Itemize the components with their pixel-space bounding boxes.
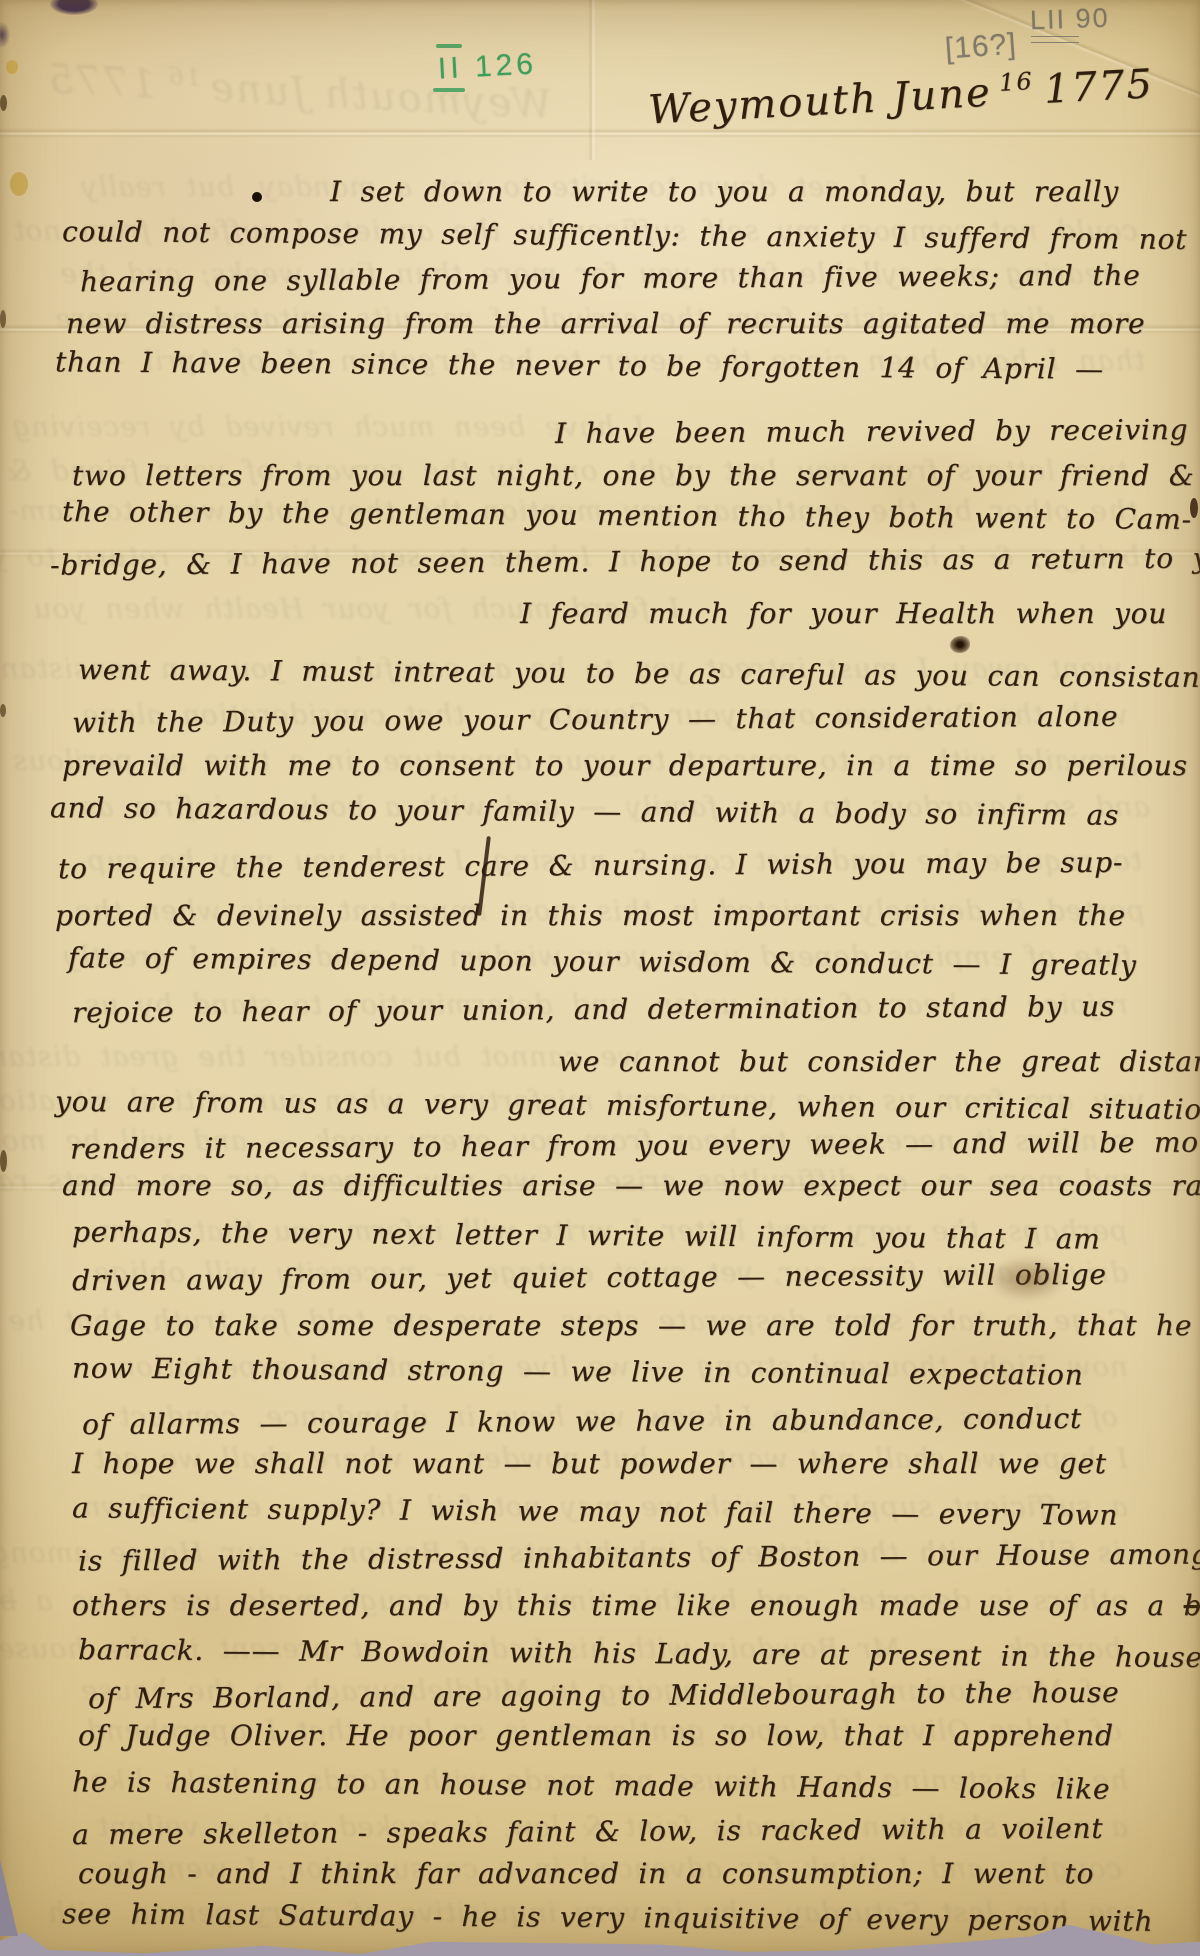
- letter-line: Gage to take some desperate steps — we a…: [70, 1312, 1200, 1340]
- letter-line: is filled with the distressd inhabitants…: [78, 1541, 1200, 1576]
- letter-line: hearing one syllable from you for more t…: [80, 262, 1141, 296]
- dateline-day-superscript: 16: [998, 67, 1034, 97]
- paper-speck: [1190, 498, 1198, 518]
- letter-line: you are from us as a very great misfortu…: [55, 1088, 1200, 1124]
- letter-line: than I have been since the never to be f…: [55, 348, 1104, 383]
- letter-page: Weymouth June161775 I set down to write …: [0, 0, 1200, 1956]
- archival-number-green: II 126: [437, 47, 538, 86]
- letter-line: a sufficient supply? I wish we may not f…: [72, 1494, 1118, 1529]
- dateline-year: 1775: [1043, 61, 1155, 113]
- struck-word: barrack: [1184, 1589, 1200, 1622]
- letter-line: new distress arising from the arrival of…: [66, 310, 1145, 338]
- ink-layer: Weymouth June161775 I set down to write …: [0, 0, 1200, 1956]
- letter-line: -bridge, & I have not seen them. I hope …: [50, 544, 1200, 579]
- letter-line: of Judge Oliver. He poor gentleman is so…: [78, 1722, 1114, 1750]
- letter-line: of allarms — courage I know we have in a…: [82, 1405, 1082, 1439]
- letter-line: I have been much revived by receiving: [555, 416, 1188, 448]
- letter-line: could not compose my self sufficently: t…: [62, 218, 1187, 254]
- letter-line: fate of empires depend upon your wisdom …: [68, 944, 1137, 979]
- ink-blot: [950, 636, 970, 653]
- dateline-place-month: Weymouth June: [647, 70, 993, 134]
- letter-line: rejoice to hear of your union, and deter…: [72, 993, 1115, 1027]
- letter-line: I set down to write to you a monday, but…: [330, 178, 1119, 206]
- letter-line: I feard much for your Health when you: [520, 600, 1167, 628]
- letter-line: now Eight thousand strong — we live in c…: [72, 1354, 1084, 1389]
- letter-line: see him last Saturday - he is very inqui…: [62, 1900, 1153, 1936]
- letter-line: driven away from our, yet quiet cottage …: [72, 1261, 1107, 1295]
- letter-line: he is hastening to an house not made wit…: [72, 1768, 1110, 1803]
- letter-line: with the Duty you owe your Country — tha…: [72, 703, 1118, 737]
- letter-line: and more so, as difficulties arise — we …: [62, 1172, 1200, 1200]
- paper-speck: [6, 60, 18, 74]
- letter-line: and so hazardous to your family — and wi…: [50, 794, 1119, 829]
- letter-line: to require the tenderest care & nursing.…: [58, 849, 1123, 884]
- dateline: Weymouth June161775: [647, 61, 1155, 134]
- green-underline: [436, 44, 462, 48]
- letter-line: cough - and I think far advanced in a co…: [78, 1860, 1094, 1888]
- letter-line: ported & devinely assisted in this most …: [55, 902, 1126, 930]
- letter-line: a mere skelleton - speaks faint & low, i…: [72, 1815, 1103, 1849]
- letter-line: we cannot but consider the great distanc…: [558, 1048, 1200, 1076]
- pencil-date-note: [16?]: [944, 28, 1018, 67]
- paper-speck: [10, 172, 28, 196]
- letter-line: others is deserted, and by this time lik…: [72, 1592, 1200, 1620]
- letter-line: barrack. —— Mr Bowdoin with his Lady, ar…: [78, 1636, 1200, 1672]
- paper-speck: [0, 1150, 7, 1172]
- letter-line: of Mrs Borland, and are agoing to Middle…: [88, 1679, 1120, 1713]
- letter-line: I hope we shall not want — but powder — …: [72, 1450, 1107, 1478]
- green-underline: [433, 88, 465, 92]
- letter-line: prevaild with me to consent to your depa…: [62, 752, 1188, 780]
- pencil-double-underline: [1031, 36, 1079, 43]
- paper-speck: [0, 95, 7, 111]
- archival-number-pencil: LII 90: [1029, 3, 1110, 37]
- paper-speck: [0, 310, 6, 328]
- letter-line: two letters from you last night, one by …: [72, 462, 1194, 490]
- letter-line: renders it necessary to hear from you ev…: [70, 1128, 1200, 1163]
- letter-line-text: others is deserted, and by this time lik…: [72, 1589, 1165, 1622]
- letter-line: the other by the gentleman you mention t…: [62, 498, 1192, 534]
- letter-line: perhaps, the very next letter I write wi…: [72, 1218, 1101, 1253]
- ink-smudge: [986, 1256, 1068, 1302]
- paper-speck: [0, 704, 6, 717]
- letter-line: went away. I must intreat you to be as c…: [78, 656, 1200, 692]
- ink-dot: [252, 192, 262, 202]
